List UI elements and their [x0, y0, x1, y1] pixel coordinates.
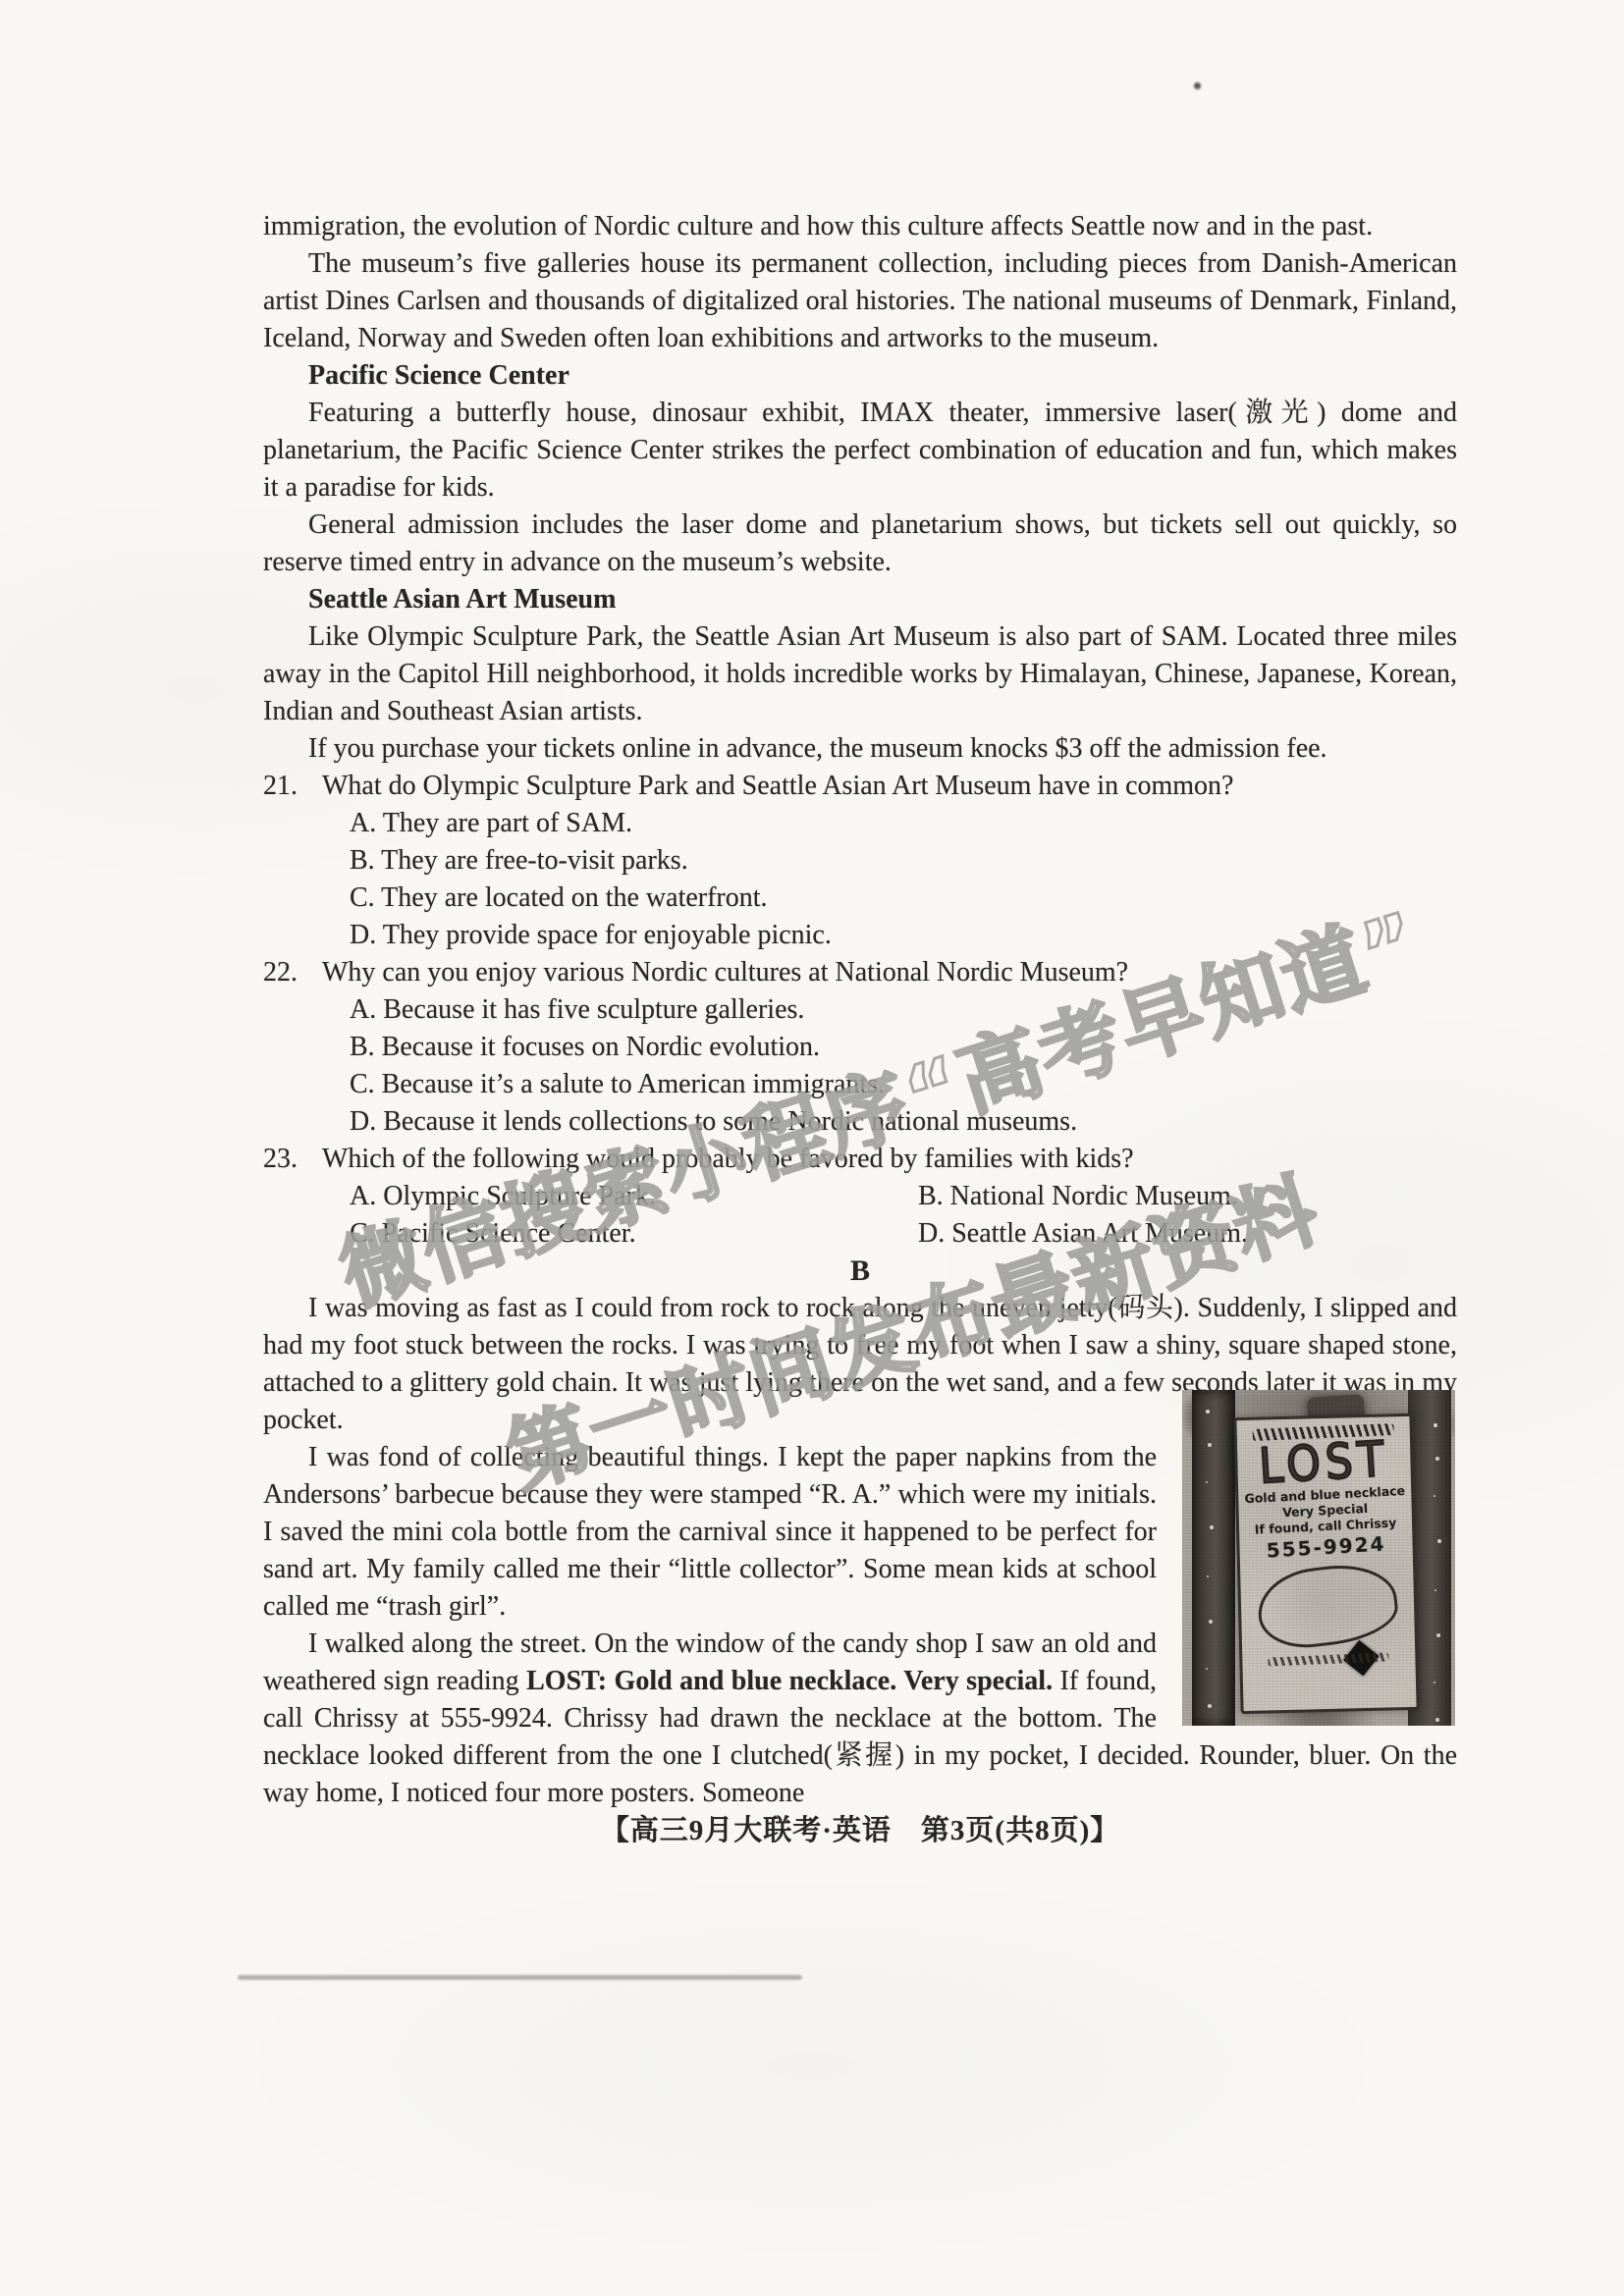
question-22-option-d: D. Because it lends collections to some …	[350, 1103, 1457, 1141]
passage-a-paragraph-continuation: immigration, the evolution of Nordic cul…	[263, 208, 1457, 245]
poster-paper: LOST Gold and blue necklace Very Special…	[1233, 1414, 1419, 1714]
question-23-option-a: A. Olympic Sculpture Park.	[350, 1178, 918, 1215]
question-23-option-d: D. Seattle Asian Art Museum.	[918, 1215, 1248, 1253]
question-21-option-d: D. They provide space for enjoyable picn…	[350, 917, 1457, 954]
scan-speck	[1194, 82, 1201, 89]
question-22-option-c: C. Because it’s a salute to American imm…	[350, 1066, 1457, 1103]
passage-b-sign-bold: LOST: Gold and blue necklace. Very speci…	[526, 1666, 1053, 1696]
page-footer: 【高三9月大联考·英语 第3页(共8页)】	[263, 1812, 1457, 1849]
question-21-option-c: C. They are located on the waterfront.	[350, 880, 1457, 917]
question-21-text: What do Olympic Sculpture Park and Seatt…	[322, 771, 1233, 801]
question-21-option-a: A. They are part of SAM.	[350, 805, 1457, 842]
passage-a-paragraph-admission: General admission includes the laser dom…	[263, 507, 1457, 581]
passage-a-paragraph-tickets: If you purchase your tickets online in a…	[263, 730, 1457, 768]
scan-artifact-line	[238, 1975, 802, 1980]
question-23-option-c: C. Pacific Science Center.	[350, 1215, 918, 1253]
question-22-text: Why can you enjoy various Nordic culture…	[322, 957, 1128, 988]
section-b-label: B	[263, 1253, 1457, 1290]
wood-post-left	[1192, 1390, 1235, 1726]
heading-seattle-asian-art-museum: Seattle Asian Art Museum	[263, 581, 1457, 618]
heading-pacific-science-center: Pacific Science Center	[263, 357, 1457, 395]
wood-speckles-left	[1206, 1410, 1210, 1414]
question-23-number: 23.	[263, 1141, 298, 1178]
question-23-text: Which of the following would probably be…	[322, 1144, 1134, 1174]
exam-text-column: immigration, the evolution of Nordic cul…	[263, 208, 1457, 1849]
passage-a-paragraph-galleries: The museum’s five galleries house its pe…	[263, 245, 1457, 357]
passage-a-paragraph-like-olympic: Like Olympic Sculpture Park, the Seattle…	[263, 618, 1457, 730]
question-21-option-b: B. They are free-to-visit parks.	[350, 842, 1457, 880]
question-23: 23. Which of the following would probabl…	[263, 1141, 1457, 1253]
lost-poster-photo: LOST Gold and blue necklace Very Special…	[1182, 1390, 1455, 1726]
question-21: 21. What do Olympic Sculpture Park and S…	[263, 768, 1457, 954]
question-22-option-b: B. Because it focuses on Nordic evolutio…	[350, 1029, 1457, 1066]
question-22-number: 22.	[263, 954, 298, 991]
wood-speckles-right	[1434, 1423, 1437, 1427]
necklace-drawing-icon	[1254, 1559, 1401, 1652]
question-23-option-row-2: C. Pacific Science Center. D. Seattle As…	[322, 1215, 1457, 1253]
question-23-option-b: B. National Nordic Museum.	[918, 1178, 1238, 1215]
passage-a-paragraph-featuring: Featuring a butterfly house, dinosaur ex…	[263, 395, 1457, 507]
question-22-option-a: A. Because it has five sculpture galleri…	[350, 991, 1457, 1029]
question-21-number: 21.	[263, 768, 298, 805]
scanned-exam-page: 微信搜索小程序“高考早知道” 第一时间发布最新资料 immigration, t…	[0, 0, 1624, 2296]
question-23-option-row-1: A. Olympic Sculpture Park. B. National N…	[322, 1178, 1457, 1215]
question-22: 22. Why can you enjoy various Nordic cul…	[263, 954, 1457, 1141]
